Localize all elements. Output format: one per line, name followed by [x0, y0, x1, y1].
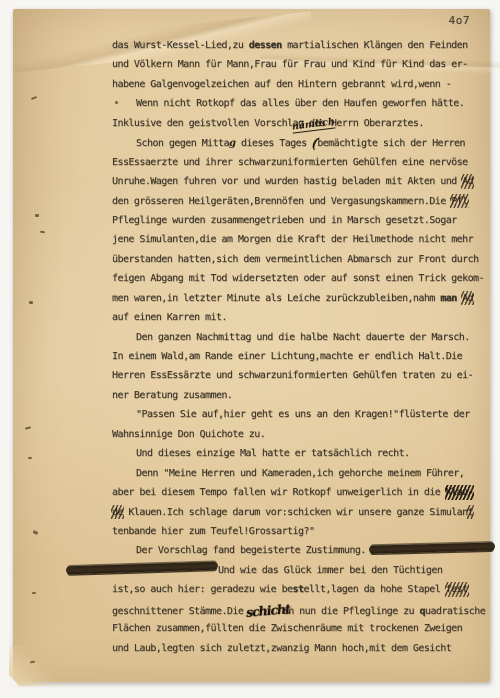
handwritten-overwrite: schicht [245, 599, 290, 622]
crossed-out-text: Pfl [451, 192, 467, 211]
paper-speck [33, 530, 39, 535]
crossed-out-text: t [468, 503, 473, 522]
text-line: Und wie das Glück immer bei den Tüchtige… [112, 561, 480, 580]
text-line: und Laub,legten sich zuletzt,zwanzig Man… [112, 639, 480, 658]
text-line: In einem Wald,am Rande einer Lichtung,ma… [112, 347, 480, 366]
typed-text: ner Beratung zusammen. [112, 390, 232, 401]
text-line: den grösseren Heilgeräten,Brennöfen und … [112, 192, 480, 211]
typed-text: überstanden hatten,sich dem vermeintlich… [112, 254, 479, 265]
typed-text: martialischen Klängen den Feinden [282, 40, 468, 51]
typed-text: Den ganzen Nachmittag und die halbe Nach… [136, 332, 470, 343]
crossed-out-text: de [112, 503, 123, 522]
text-block: das Wurst-Kessel-Lied,zu dessen martiali… [112, 36, 480, 658]
typed-text: auf einen Karren mit. [112, 312, 227, 323]
text-line: ist,so auch hier: geradezu wie bestellt,… [112, 580, 480, 599]
text-line: und Völkern Mann für Mann,Frau für Frau … [112, 55, 480, 74]
paper-speck [30, 661, 35, 664]
typed-text: und Völkern Mann für Mann,Frau für Frau … [112, 59, 468, 70]
text-line: Unruhe.Wagen fuhren vor und wurden hasti… [112, 172, 480, 191]
text-line: Denn "Meine Herren und Kameraden,ich geh… [112, 464, 480, 483]
text-line: EssEssaerzte und ihrer schwarzuniformier… [112, 153, 480, 172]
text-line: Flächen zusammen,füllten die Zwischenräu… [112, 619, 480, 638]
typed-text: Klauen.Ich schlage darum vor:schicken wi… [123, 507, 468, 518]
paper-speck [29, 301, 33, 304]
text-line: Schon gegen Mittag dieses Tages nämlich(… [112, 133, 480, 152]
text-line: das Wurst-Kessel-Lied,zu dessen martiali… [112, 36, 480, 55]
paper-speck [25, 426, 31, 429]
typed-text: In einem Wald,am Rande einer Lichtung,ma… [112, 351, 462, 362]
handwritten-insertion: nämlich( [312, 133, 317, 153]
text-line: geschnittener Stämme.Die schichten nun d… [112, 600, 480, 619]
text-line: tenbande hier zum Teufel!Grossartig?" [112, 522, 480, 541]
text-line: habene Galgenvogelzeichen auf den Hinter… [112, 75, 480, 94]
typed-text: Inklusive den geistvollen Vorschlag des … [112, 118, 424, 129]
typed-text: feigen Abgang mit Tod widersetzten oder … [112, 273, 484, 284]
text-line: Wahnsinnige Don Quichote zu. [112, 425, 480, 444]
text-line: Und dieses einzige Mal hatte er tatsächl… [112, 444, 480, 463]
typed-text: Flächen zusammen,füllten die Zwischenräu… [112, 623, 462, 634]
typed-text: EssEssaerzte und ihrer schwarzuniformier… [112, 157, 468, 168]
typed-text: men waren,in letzter Minute als Leiche z… [112, 293, 440, 304]
text-line: "Passen Sie auf,hier geht es uns an den … [112, 405, 480, 424]
text-line: ner Beratung zusammen. [112, 386, 480, 405]
typed-text: Unruhe.Wagen fuhren vor und wurden hasti… [112, 176, 462, 187]
text-line: men waren,in letzter Minute als Leiche z… [112, 289, 480, 308]
typed-text: Denn "Meine Herren und Kameraden,ich geh… [136, 468, 464, 479]
paper-speck [35, 214, 39, 217]
typed-text: und Laub,legten sich zuletzt,zwanzig Man… [112, 643, 451, 654]
text-line: überstanden hatten,sich dem vermeintlich… [112, 250, 480, 269]
paper-speck [32, 592, 36, 594]
text-line: Der Vorschlag fand begeisterte Zustimmun… [112, 541, 480, 560]
ink-scribble [369, 543, 495, 554]
crossed-out-text: Klau- [446, 483, 473, 502]
typed-text: ellt,lagen da hohe Stapel [303, 584, 445, 595]
typed-text: Und wie das Glück immer bei den Tüchtige… [218, 565, 442, 576]
typed-text: dieses Tages [235, 138, 312, 149]
typed-text: aber bei diesem Tempo fallen wir Rotkopf… [112, 487, 446, 498]
typed-text: den grösseren Heilgeräten,Brennöfen und … [112, 196, 451, 207]
ink-scribble [66, 561, 218, 574]
typed-text: Wahnsinnige Don Quichote zu. [112, 429, 265, 440]
paper-speck [28, 457, 32, 459]
typed-text: Der Vorschlag fand begeisterte Zustimmun… [136, 545, 366, 556]
text-line: auf einen Karren mit. [112, 308, 480, 327]
text-line: Wenn nicht Rotkopf das alles über den Ha… [112, 94, 480, 113]
crossed-out-text: fest [446, 580, 468, 599]
paper-speck [40, 231, 45, 234]
text-line: Herren EssEssärzte und schwarzuniformier… [112, 366, 480, 385]
text-line: de Klauen.Ich schlage darum vor:schicken… [112, 503, 480, 522]
typed-text: Herren EssEssärzte und schwarzuniformier… [112, 370, 473, 381]
typed-text: Und dieses einzige Mal hatte er tatsächl… [136, 448, 410, 459]
typed-text: das Wurst-Kessel-Lied,zu [112, 40, 249, 51]
typed-text: Pfleglinge wurden zusammengetrieben und … [112, 215, 457, 226]
crossed-out-text: Ad [462, 289, 473, 308]
text-line: aber bei diesem Tempo fallen wir Rotkopf… [112, 483, 480, 502]
crossed-out-text: Ad [462, 172, 473, 191]
text-line: feigen Abgang mit Tod widersetzten oder … [112, 269, 480, 288]
typed-text: en nun die Pfleglinge zu [283, 606, 420, 617]
paper-speck [31, 96, 37, 100]
typed-text: uadratische [425, 606, 485, 617]
overtyped-text: st [293, 584, 304, 595]
paper-corner-fold [9, 646, 69, 686]
paper-speck [115, 101, 118, 104]
typed-text: Wenn nicht Rotkopf das alles über den Ha… [136, 98, 464, 109]
typed-text: ist,so auch hier: geradezu wie be [112, 584, 293, 595]
typed-text: bemächtigte sich der Herren [317, 138, 465, 149]
typed-text: geschnittener Stämme.Die [112, 606, 249, 617]
page-number: 4o7 [449, 14, 470, 27]
manuscript-page: 4o7 das Wurst-Kessel-Lied,zu dessen mart… [13, 9, 490, 682]
typed-text: habene Galgenvogelzeichen auf den Hinter… [112, 79, 451, 90]
overtyped-text: man [440, 293, 456, 304]
text-line: jene Simulanten,die am Morgen die Kraft … [112, 230, 480, 249]
typed-text: "Passen Sie auf,hier geht es uns an den … [136, 409, 470, 420]
text-line: Pfleglinge wurden zusammengetrieben und … [112, 211, 480, 230]
typed-text: Schon gegen Mitta [136, 138, 229, 149]
typed-text: jene Simulanten,die am Morgen die Kraft … [112, 234, 473, 245]
typed-text: tenbande hier zum Teufel!Grossartig?" [112, 526, 314, 537]
overtyped-text: dessen [249, 40, 282, 51]
text-line: Den ganzen Nachmittag und die halbe Nach… [112, 328, 480, 347]
